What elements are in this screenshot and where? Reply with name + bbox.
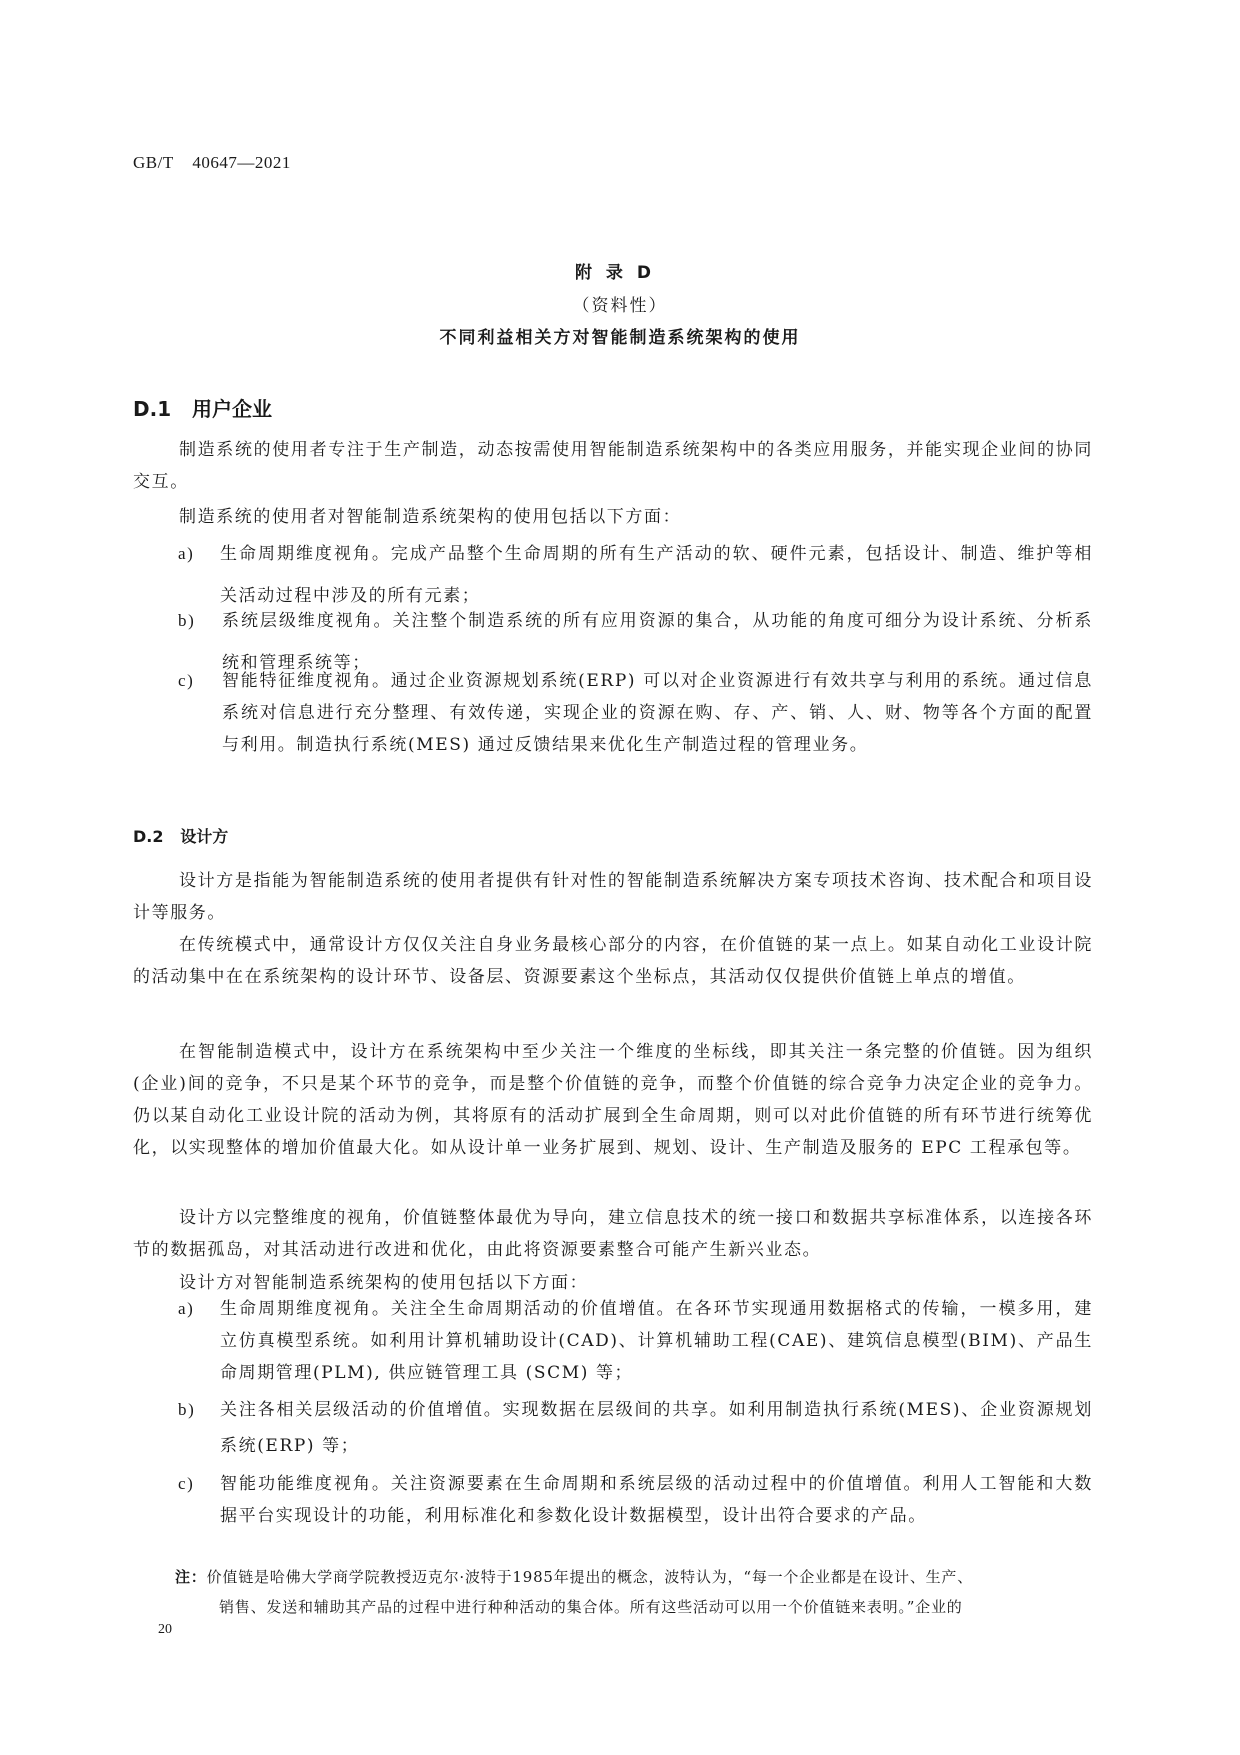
note: 注：价值链是哈佛大学商学院教授迈克尔·波特于1985年提出的概念，波特认为，“每… — [175, 1562, 1093, 1622]
note-label: 注： — [175, 1568, 207, 1586]
paragraph: 制造系统的使用者专注于生产制造，动态按需使用智能制造系统架构中的各类应用服务，并… — [133, 434, 1093, 498]
list-intro: 制造系统的使用者对智能制造系统架构的使用包括以下方面： — [179, 502, 681, 527]
section-heading-d2: D.2 设计方 — [133, 824, 228, 847]
list-item: c) 智能特征维度视角。通过企业资源规划系统(ERP) 可以对企业资源进行有效共… — [178, 665, 1093, 761]
paragraph: 设计方以完整维度的视角，价值链整体最优为导向，建立信息技术的统一接口和数据共享标… — [133, 1202, 1093, 1266]
appendix-type: （资料性） — [0, 291, 1240, 316]
list-item-text: 关注各相关层级活动的价值增值。实现数据在层级间的共享。如利用制造执行系统(MES… — [220, 1392, 1093, 1464]
standard-id-header: GB/T 40647—2021 — [133, 153, 291, 173]
page-number: 20 — [158, 1622, 172, 1638]
list-item: b) 关注各相关层级活动的价值增值。实现数据在层级间的共享。如利用制造执行系统(… — [178, 1392, 1093, 1464]
paragraph: 在传统模式中，通常设计方仅仅关注自身业务最核心部分的内容，在价值链的某一点上。如… — [133, 929, 1093, 993]
appendix-name: 不同利益相关方对智能制造系统架构的使用 — [0, 323, 1240, 348]
list-item-label: c) — [178, 1468, 194, 1500]
list-item-label: c) — [178, 665, 194, 697]
list-item-text: 智能特征维度视角。通过企业资源规划系统(ERP) 可以对企业资源进行有效共享与利… — [222, 665, 1093, 761]
list-item: a) 生命周期维度视角。关注全生命周期活动的价值增值。在各环节实现通用数据格式的… — [178, 1293, 1093, 1389]
list-intro: 设计方对智能制造系统架构的使用包括以下方面： — [179, 1268, 588, 1293]
note-line-2: 销售、发送和辅助其产品的过程中进行种种活动的集合体。所有这些活动可以用一个价值链… — [175, 1592, 1093, 1622]
paragraph: 在智能制造模式中，设计方在系统架构中至少关注一个维度的坐标线，即其关注一条完整的… — [133, 1036, 1093, 1164]
list-item-label: a) — [178, 533, 194, 575]
section-heading-d1: D.1 用户企业 — [133, 393, 272, 422]
list-item-text: 智能功能维度视角。关注资源要素在生命周期和系统层级的活动过程中的价值增值。利用人… — [220, 1468, 1093, 1532]
list-item-label: a) — [178, 1293, 194, 1325]
list-item-label: b) — [178, 1392, 195, 1428]
list-item: c) 智能功能维度视角。关注资源要素在生命周期和系统层级的活动过程中的价值增值。… — [178, 1468, 1093, 1532]
list-item-label: b) — [178, 600, 195, 642]
appendix-title: 附录D — [0, 258, 1240, 283]
paragraph: 设计方是指能为智能制造系统的使用者提供有针对性的智能制造系统解决方案专项技术咨询… — [133, 865, 1093, 929]
list-item-text: 生命周期维度视角。关注全生命周期活动的价值增值。在各环节实现通用数据格式的传输，… — [220, 1293, 1093, 1389]
note-line-1: 价值链是哈佛大学商学院教授迈克尔·波特于1985年提出的概念，波特认为，“每一个… — [207, 1568, 973, 1586]
